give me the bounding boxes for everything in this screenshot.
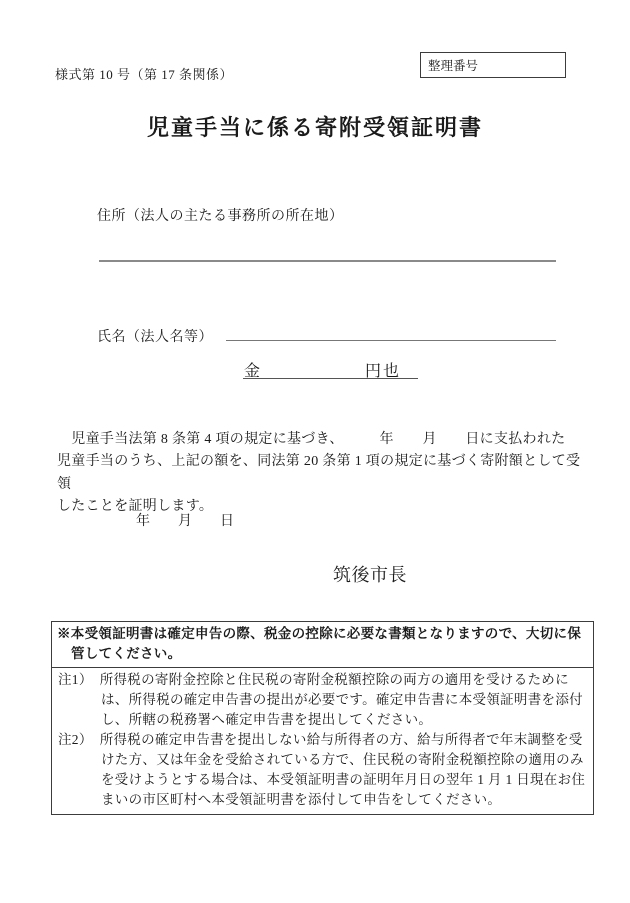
address-label: 住所（法人の主たる事務所の所在地） — [97, 205, 344, 225]
certification-statement: 児童手当法第 8 条第 4 項の規定に基づき、 年 月 日に支払われた 児童手当… — [57, 429, 587, 519]
notice-box: ※本受領証明書は確定申告の際、税金の控除に必要な書類となりますので、大切に保 管… — [51, 621, 594, 815]
reference-number-label: 整理番号 — [428, 56, 478, 74]
notice-headline: ※本受領証明書は確定申告の際、税金の控除に必要な書類となりますので、大切に保 管… — [52, 622, 593, 668]
reference-number-box: 整理番号 — [420, 52, 566, 78]
amount-prefix-label: 金 — [244, 358, 260, 381]
document-page: 様式第 10 号（第 17 条関係） 整理番号 児童手当に係る寄附受領証明書 住… — [0, 0, 630, 903]
signer-name: 筑後市長 — [333, 561, 407, 587]
form-number: 様式第 10 号（第 17 条関係） — [55, 64, 233, 83]
document-title: 児童手当に係る寄附受領証明書 — [0, 111, 630, 142]
note-2: 注2） 所得税の確定申告書を提出しない給与所得者の方、給与所得者で年末調整を受 … — [58, 730, 587, 810]
date-fill-line: 年 月 日 — [136, 510, 234, 530]
name-label: 氏名（法人名等） — [97, 326, 213, 346]
address-fill-line — [99, 245, 556, 262]
notice-notes: 注1） 所得税の寄附金控除と住民税の寄附金税額控除の両方の適用を受けるために は… — [52, 668, 593, 814]
amount-fill-line: 金 円也 — [243, 357, 418, 379]
name-fill-line — [226, 326, 556, 341]
note-1: 注1） 所得税の寄附金控除と住民税の寄附金税額控除の両方の適用を受けるために は… — [58, 670, 587, 730]
amount-suffix-label: 円也 — [365, 358, 401, 381]
